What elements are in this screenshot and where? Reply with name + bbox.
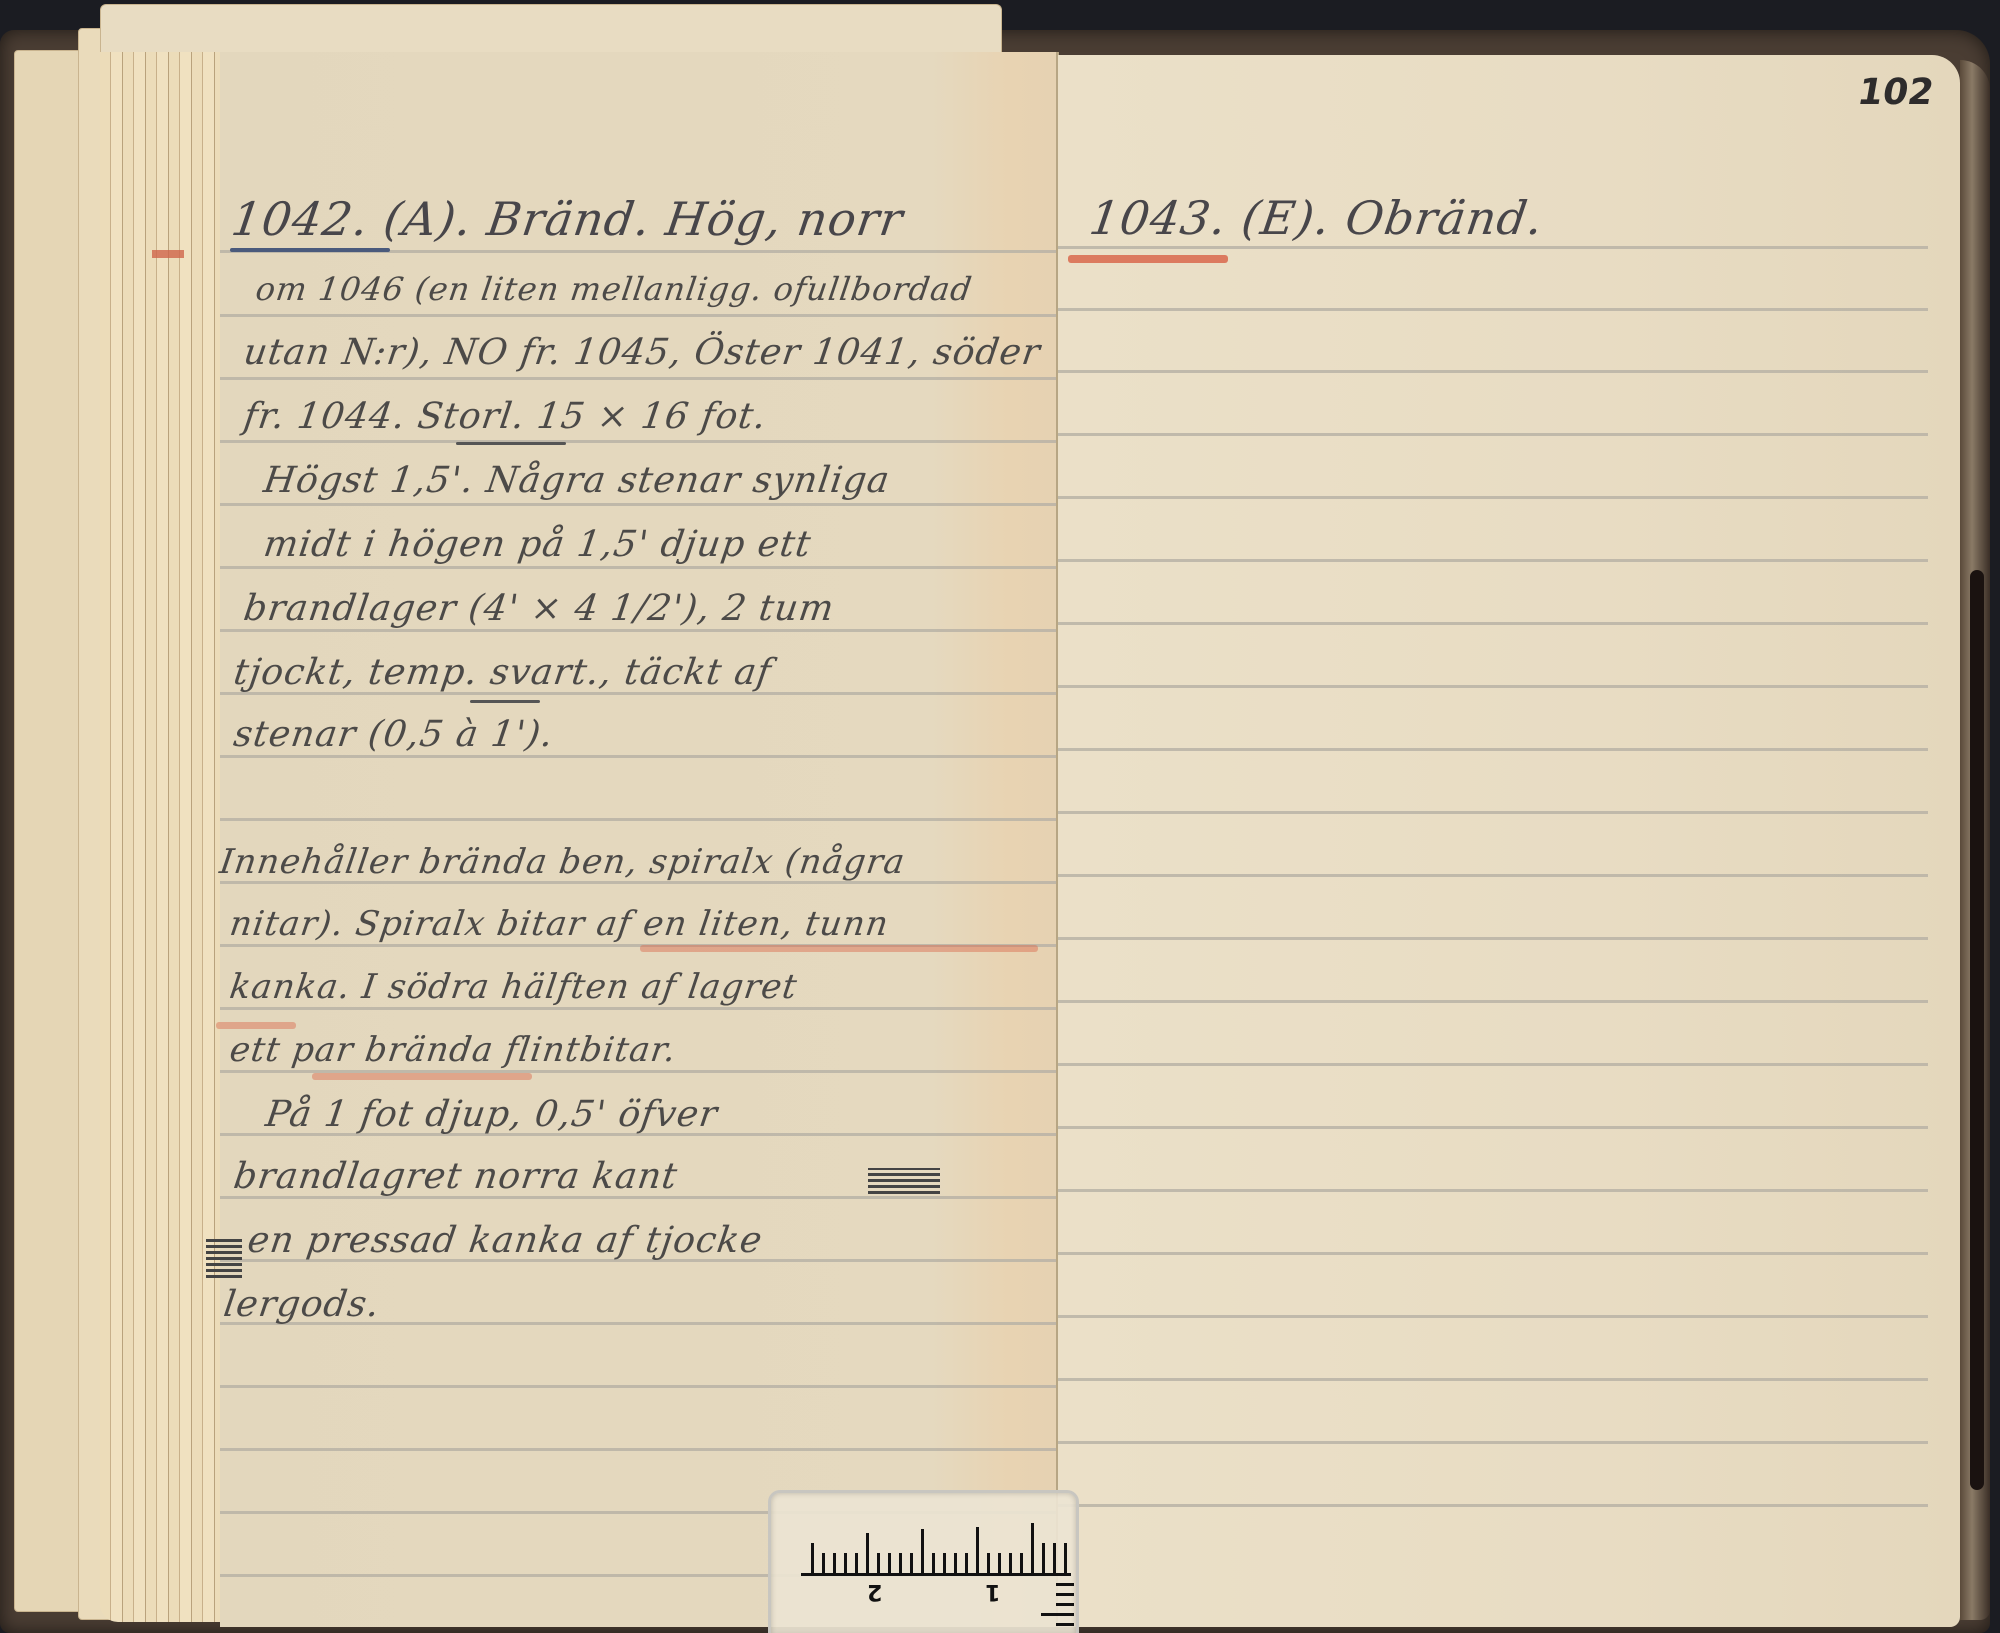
ruled-line	[1058, 748, 1928, 751]
ruled-line	[1058, 1315, 1928, 1318]
ruled-line	[1058, 685, 1928, 688]
ruler-tick	[976, 1527, 979, 1573]
entry-heading-1042: 1042. (A). Bränd. Hög, norr	[228, 192, 907, 246]
note-line: På 1 fot djup, 0,5' öfver	[263, 1094, 720, 1135]
note-line: en pressad kanka af tjocke	[245, 1220, 765, 1261]
ruler-tick	[811, 1543, 814, 1573]
note-line: stenar (0,5 à 1').	[231, 714, 556, 755]
left-page: 1042. (A). Bränd. Hög, norr om 1046 (en …	[220, 52, 1058, 1627]
note-line: om 1046 (en liten mellanligg. ofullborda…	[253, 270, 974, 308]
ruler-tick	[866, 1533, 869, 1573]
ruled-line	[1058, 937, 1928, 940]
ruled-line	[1058, 1189, 1928, 1192]
red-underline	[216, 1022, 296, 1029]
ruler-tick	[921, 1529, 924, 1573]
ruler-tick	[899, 1553, 902, 1573]
ruler-tick	[954, 1553, 957, 1573]
ruler-tick	[998, 1553, 1001, 1573]
ruled-line	[1058, 1504, 1928, 1507]
note-line: midt i högen på 1,5' djup ett	[261, 524, 814, 565]
ruler-tick	[932, 1553, 935, 1573]
ruled-line	[1058, 433, 1928, 436]
ruler-tick	[1020, 1553, 1023, 1573]
ruled-line	[1058, 1000, 1928, 1003]
storl-underline	[456, 442, 566, 445]
red-underline	[640, 945, 1038, 952]
ruled-line	[220, 1385, 1058, 1388]
ruled-line	[1058, 1441, 1928, 1444]
ruler-tick	[855, 1553, 858, 1573]
note-line: ett par brända flintbitar.	[227, 1030, 679, 1070]
ruled-line	[220, 1448, 1058, 1451]
ruler-tick	[910, 1553, 913, 1573]
ruled-line	[1058, 1063, 1928, 1066]
note-line: Högst 1,5'. Några stenar synliga	[261, 460, 893, 501]
elastic-band	[1970, 570, 1984, 1490]
ruler-tick	[1031, 1523, 1034, 1573]
ruled-line	[1058, 370, 1928, 373]
ruled-line	[1058, 308, 1928, 311]
svart-underline	[470, 700, 540, 703]
heading-underline	[230, 248, 390, 252]
ruled-line	[220, 314, 1058, 317]
ruler-tick	[1009, 1553, 1012, 1573]
ruled-line	[220, 629, 1058, 632]
ruled-line	[1058, 811, 1928, 814]
ruled-line	[220, 503, 1058, 506]
ruled-line	[220, 566, 1058, 569]
ruler-side-tick	[1041, 1613, 1074, 1616]
ruler-side-tick	[1056, 1583, 1074, 1586]
heading-red-underline	[1068, 255, 1228, 263]
ruler-label: 1	[985, 1579, 1000, 1604]
crossed-out-word	[206, 1238, 242, 1278]
ruled-line	[220, 755, 1058, 758]
page-number: 102	[1854, 72, 1936, 113]
page-stack-edges	[100, 52, 220, 1622]
page-stack-top-edge	[100, 4, 1002, 58]
measuring-ruler: 2 1	[768, 1490, 1079, 1633]
ruled-line	[1058, 622, 1928, 625]
ruled-line	[1058, 1126, 1928, 1129]
ruler-tick	[1053, 1543, 1056, 1573]
ruler-label: 2	[867, 1579, 882, 1604]
ruled-line	[1058, 496, 1928, 499]
ruler-tick	[877, 1553, 880, 1573]
note-line: kanka. I södra hälften af lagret	[227, 967, 800, 1007]
ruled-line	[220, 440, 1058, 443]
ruler-side-tick	[1056, 1593, 1074, 1596]
note-line: brandlagret norra kant	[231, 1156, 680, 1197]
ruled-line	[220, 818, 1058, 821]
ruler-tick	[1064, 1543, 1067, 1573]
note-line: utan N:r), NO fr. 1045, Öster 1041, söde…	[241, 332, 1043, 373]
ruler-tick	[1042, 1543, 1045, 1573]
ruler-side-tick	[1056, 1623, 1074, 1626]
ruler-tick	[888, 1553, 891, 1573]
ruler-tick	[943, 1553, 946, 1573]
ruled-line	[1058, 1252, 1928, 1255]
ruler-tick	[822, 1553, 825, 1573]
right-page: 1043. (E). Obränd.	[1058, 55, 1960, 1627]
ruler-tick	[844, 1553, 847, 1573]
ruler-baseline	[801, 1573, 1071, 1576]
note-line: fr. 1044. Storl. 15 × 16 fot.	[241, 396, 769, 437]
ruled-line	[1058, 559, 1928, 562]
ruler-tick	[987, 1553, 990, 1573]
ruler-tick	[965, 1553, 968, 1573]
margin-red-mark	[152, 250, 184, 258]
ruled-line	[1058, 246, 1928, 249]
crossed-out-word	[868, 1168, 940, 1194]
entry-heading-1043: 1043. (E). Obränd.	[1086, 191, 1547, 245]
note-line: nitar). Spiralx bitar af en liten, tunn	[227, 904, 891, 944]
red-underline	[312, 1073, 532, 1080]
ruler-side-tick	[1056, 1603, 1074, 1606]
note-line: brandlager (4' × 4 1/2'), 2 tum	[241, 588, 837, 629]
ruled-line	[1058, 1378, 1928, 1381]
note-line: Innehåller brända ben, spiralx (några	[217, 842, 908, 882]
ruled-line	[220, 1007, 1058, 1010]
note-line: lergods.	[221, 1284, 382, 1325]
note-line: tjockt, temp. svart., täckt af	[231, 652, 774, 693]
ruled-line	[1058, 874, 1928, 877]
ruled-line	[220, 377, 1058, 380]
ruler-tick	[833, 1553, 836, 1573]
